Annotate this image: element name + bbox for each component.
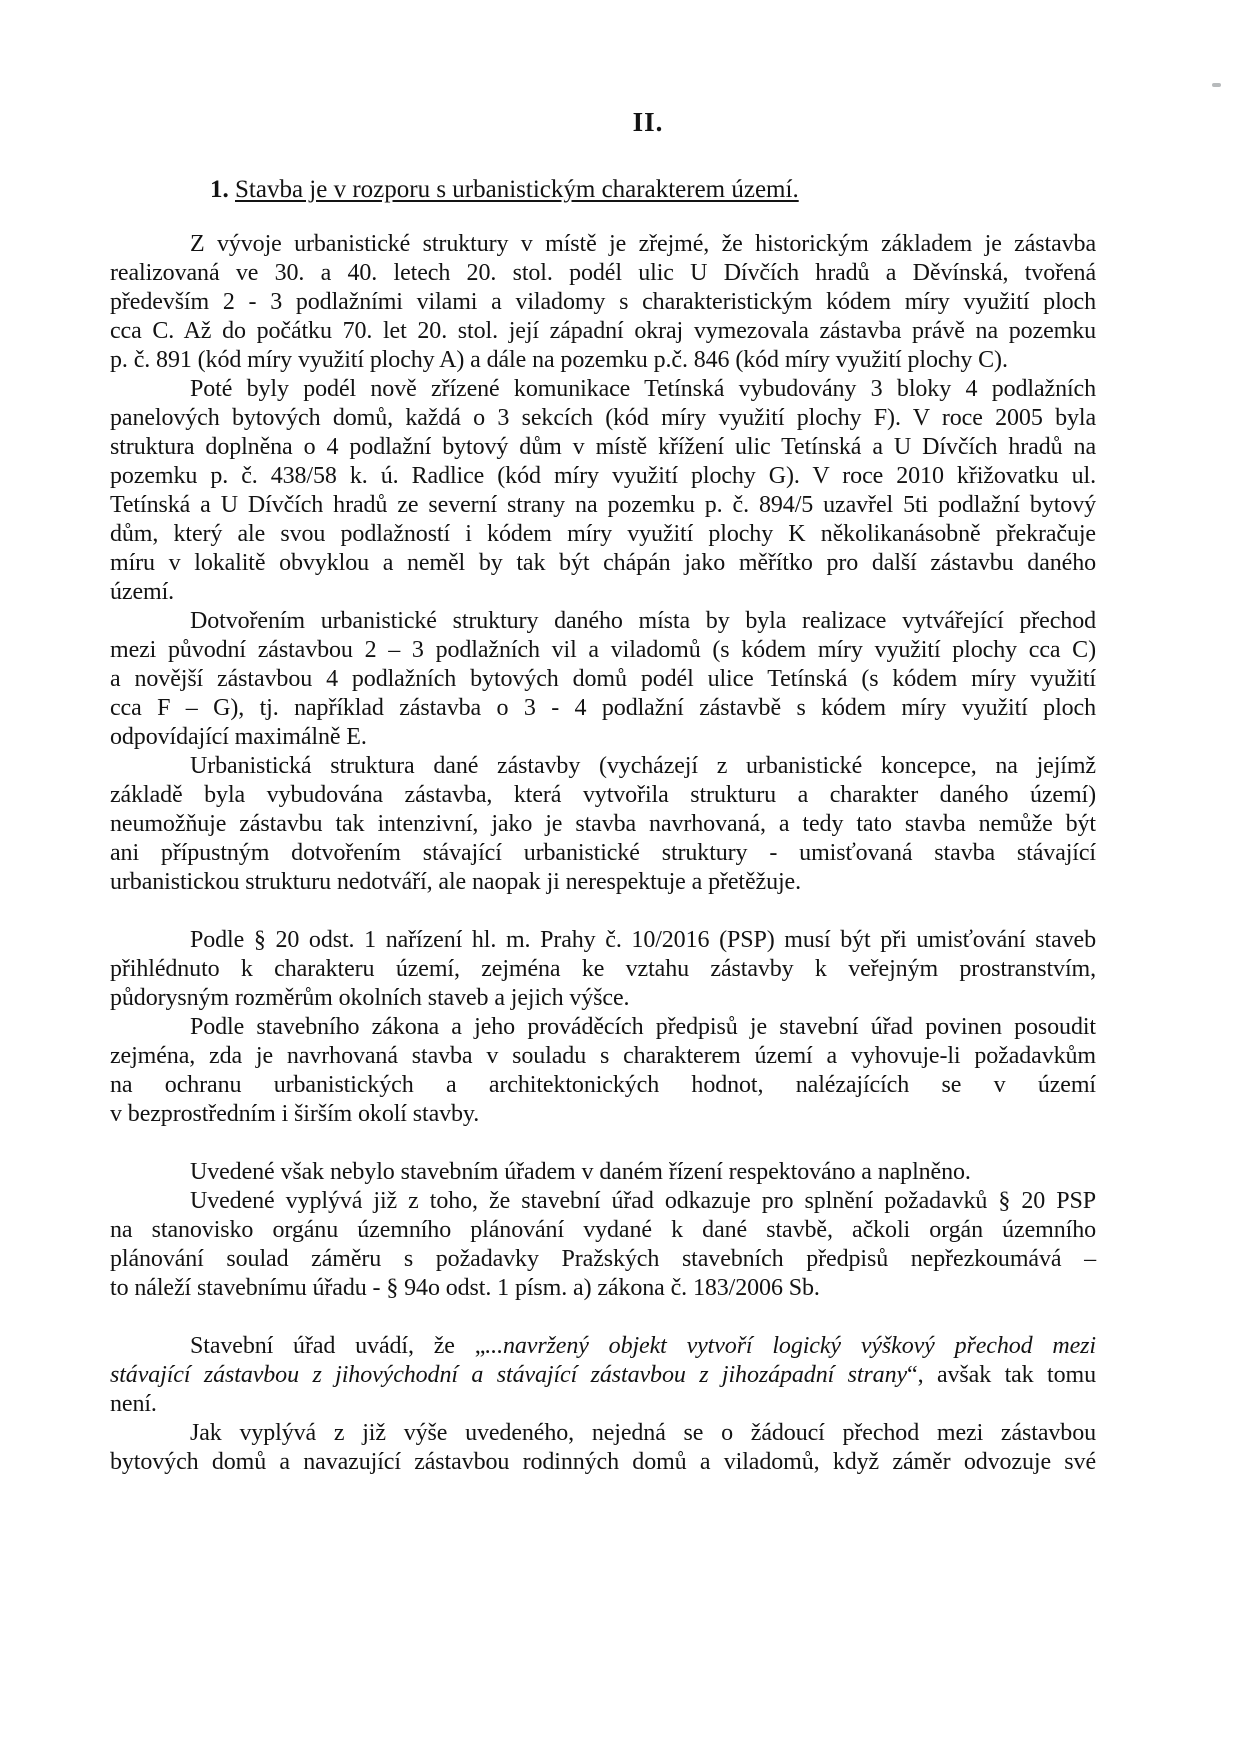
paragraph: Podle stavebního zákona a jeho prováděcí… — [110, 1013, 1096, 1129]
text-line: panelových bytových domů, každá o 3 sekc… — [110, 404, 1096, 433]
text-line: realizovaná ve 30. a 40. letech 20. stol… — [110, 259, 1096, 288]
document-body: Z vývoje urbanistické struktury v místě … — [110, 230, 1096, 1477]
paragraph: Z vývoje urbanistické struktury v místě … — [110, 230, 1096, 375]
text-line: ani přípustným dotvořením stávající urba… — [110, 839, 1096, 868]
text-line: cca F – G), tj. například zástavba o 3 -… — [110, 694, 1096, 723]
text-line: urbanistickou strukturu nedotváří, ale n… — [110, 868, 1096, 897]
text-line: plánování soulad záměru s požadavky Praž… — [110, 1245, 1096, 1274]
text-line: míru v lokalitě obvyklou a neměl by tak … — [110, 549, 1096, 578]
text-line: Dotvořením urbanistické struktury daného… — [110, 607, 1096, 636]
text-line: odpovídající maximálně E. — [110, 723, 1096, 752]
text-line: struktura doplněna o 4 podlažní bytový d… — [110, 433, 1096, 462]
text-line: přihlédnuto k charakteru území, zejména … — [110, 955, 1096, 984]
text-line: a novější zástavbou 4 podlažních bytovýc… — [110, 665, 1096, 694]
paragraph: Podle § 20 odst. 1 nařízení hl. m. Prahy… — [110, 926, 1096, 1013]
quoted-italic-text: stávající zástavbou z jihovýchodní a stá… — [110, 1362, 907, 1388]
paragraph: Urbanistická struktura dané zástavby (vy… — [110, 752, 1096, 897]
text-line: pozemku p. č. 438/58 k. ú. Radlice (kód … — [110, 462, 1096, 491]
text-line: p. č. 891 (kód míry využití plochy A) a … — [110, 346, 1096, 375]
plain-text: Stavební úřad uvádí, že „ — [190, 1333, 485, 1359]
text-line: půdorysným rozměrům okolních staveb a je… — [110, 984, 1096, 1013]
text-line: stávající zástavbou z jihovýchodní a stá… — [110, 1361, 1096, 1390]
text-line: Podle § 20 odst. 1 nařízení hl. m. Prahy… — [110, 926, 1096, 955]
text-line: Podle stavebního zákona a jeho prováděcí… — [110, 1013, 1096, 1042]
text-line: Stavební úřad uvádí, že „...navržený obj… — [110, 1332, 1096, 1361]
text-line: to náleží stavebnímu úřadu - § 94o odst.… — [110, 1274, 1096, 1303]
text-line: Urbanistická struktura dané zástavby (vy… — [110, 752, 1096, 781]
text-line: Uvedené však nebylo stavebním úřadem v d… — [110, 1158, 1096, 1187]
text-line: Tetínská a U Dívčích hradů ze severní st… — [110, 491, 1096, 520]
paragraph: Stavební úřad uvádí, že „...navržený obj… — [110, 1332, 1096, 1419]
paragraph: Dotvořením urbanistické struktury daného… — [110, 607, 1096, 752]
text-line: není. — [110, 1390, 1096, 1419]
text-line: Z vývoje urbanistické struktury v místě … — [110, 230, 1096, 259]
heading-number: 1. — [210, 176, 229, 203]
quoted-italic-text: ...navržený objekt vytvoří logický výško… — [485, 1333, 1096, 1359]
scan-speck-artifact — [1212, 83, 1221, 87]
text-line: mezi původní zástavbou 2 – 3 podlažních … — [110, 636, 1096, 665]
text-line: základě byla vybudována zástavba, která … — [110, 781, 1096, 810]
paragraph: Uvedené však nebylo stavebním úřadem v d… — [110, 1158, 1096, 1187]
document-heading: 1. Stavba je v rozporu s urbanistickým c… — [110, 174, 1096, 205]
heading-title: Stavba je v rozporu s urbanistickým char… — [235, 176, 799, 203]
text-line: na ochranu urbanistických a architektoni… — [110, 1071, 1096, 1100]
page-content: II. 1. Stavba je v rozporu s urbanistick… — [110, 108, 1096, 1477]
paragraph: Poté byly podél nově zřízené komunikace … — [110, 375, 1096, 607]
text-line: Poté byly podél nově zřízené komunikace … — [110, 375, 1096, 404]
plain-text: “, avšak tak tomu — [907, 1362, 1096, 1388]
text-line: především 2 - 3 podlažními vilami a vila… — [110, 288, 1096, 317]
text-line: Uvedené vyplývá již z toho, že stavební … — [110, 1187, 1096, 1216]
text-line: Jak vyplývá z již výše uvedeného, nejedn… — [110, 1419, 1096, 1448]
document-page: II. 1. Stavba je v rozporu s urbanistick… — [0, 0, 1240, 1754]
text-line: cca C. Až do počátku 70. let 20. stol. j… — [110, 317, 1096, 346]
paragraph: Uvedené vyplývá již z toho, že stavební … — [110, 1187, 1096, 1303]
text-line: v bezprostředním i širším okolí stavby. — [110, 1100, 1096, 1129]
section-number: II. — [110, 108, 1096, 137]
text-line: na stanovisko orgánu územního plánování … — [110, 1216, 1096, 1245]
text-line: území. — [110, 578, 1096, 607]
paragraph: Jak vyplývá z již výše uvedeného, nejedn… — [110, 1419, 1096, 1477]
text-line: zejména, zda je navrhovaná stavba v soul… — [110, 1042, 1096, 1071]
text-line: neumožňuje zástavbu tak intenzivní, jako… — [110, 810, 1096, 839]
text-line: dům, který ale svou podlažností i kódem … — [110, 520, 1096, 549]
text-line: bytových domů a navazující zástavbou rod… — [110, 1448, 1096, 1477]
